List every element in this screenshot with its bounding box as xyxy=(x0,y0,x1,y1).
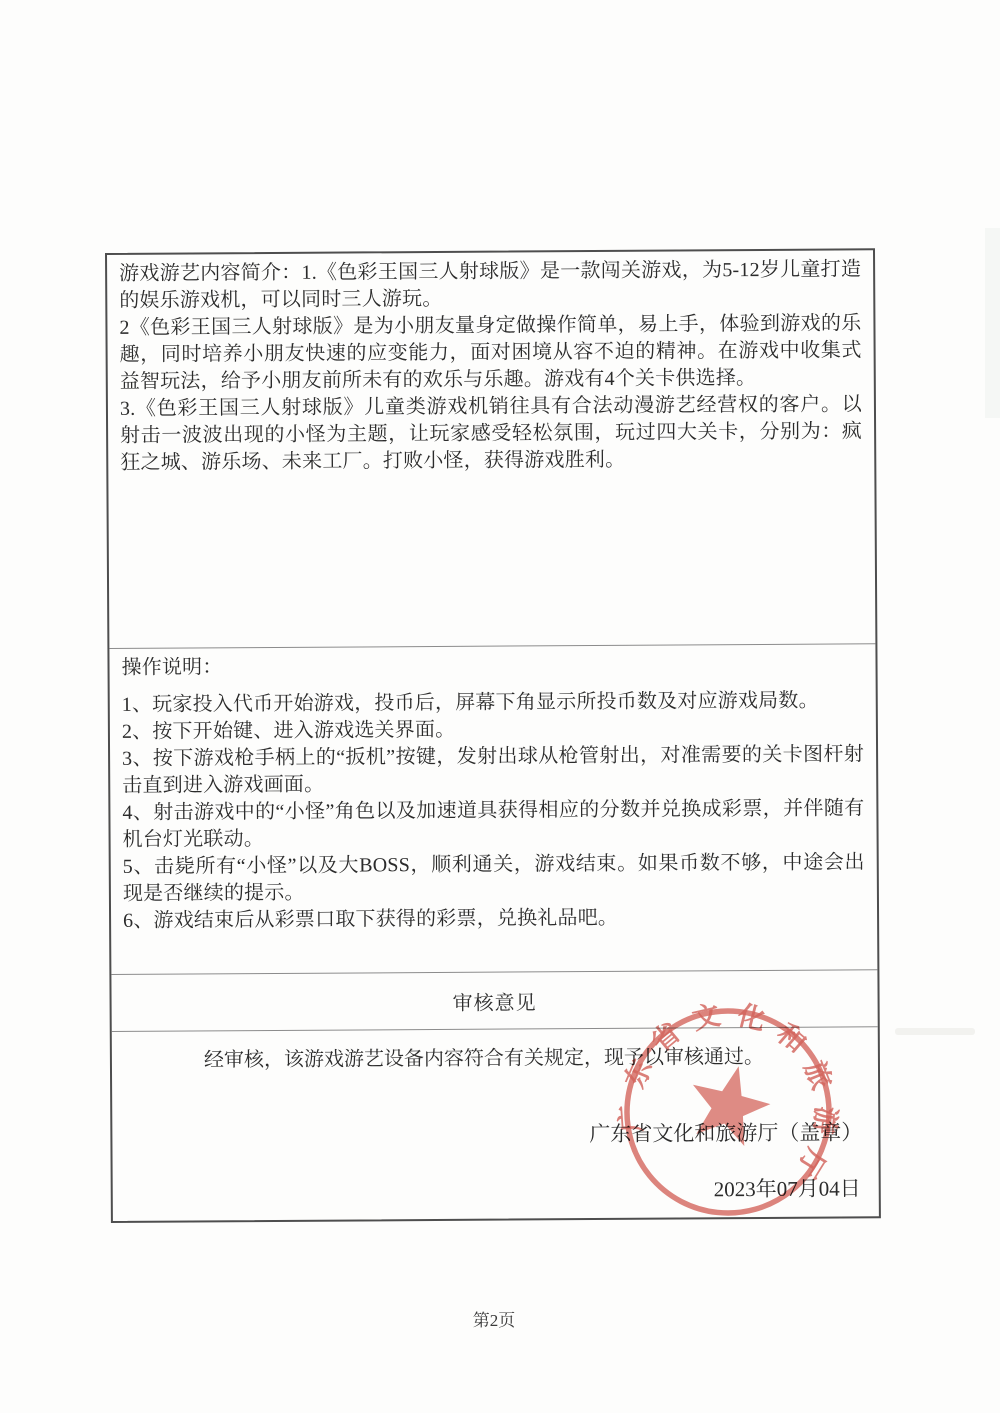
operation-instructions-title: 操作说明： xyxy=(121,650,863,682)
scan-smudge-artifact xyxy=(895,1028,975,1035)
approval-date: 2023年07月04日 xyxy=(714,1175,861,1203)
review-opinion-header-cell: 审核意见 xyxy=(111,969,877,1031)
intro-paragraph-1: 游戏游艺内容简介：1.《色彩王国三人射球版》是一款闯关游戏，为5-12岁儿童打造… xyxy=(119,256,861,315)
operation-step-4: 4、射击游戏中的“小怪”角色以及加速道具获得相应的分数并兑换成彩票，并伴随有机台… xyxy=(122,795,864,854)
review-opinion-title: 审核意见 xyxy=(452,986,536,1016)
scan-edge-artifact xyxy=(985,228,1000,418)
operation-step-3: 3、按下游戏枪手柄上的“扳机”按键，发射出球从枪管射出，对准需要的关卡图杆射击直… xyxy=(122,741,864,800)
game-content-intro-cell: 游戏游艺内容简介：1.《色彩王国三人射球版》是一款闯关游戏，为5-12岁儿童打造… xyxy=(107,250,875,648)
approval-table: 游戏游艺内容简介：1.《色彩王国三人射球版》是一款闯关游戏，为5-12岁儿童打造… xyxy=(105,248,881,1223)
authority-signature: 广东省文化和旅游厅（盖章） xyxy=(589,1119,862,1148)
intro-paragraph-2: 2《色彩王国三人射球版》是为小朋友量身定做操作简单，易上手，体验到游戏的乐趣，同… xyxy=(119,310,861,396)
operation-step-5: 5、击毙所有“小怪”以及大BOSS，顺利通关，游戏结束。如果币数不够，中途会出现… xyxy=(123,849,865,908)
page-number: 第2页 xyxy=(0,1306,988,1331)
scanned-document-page: 游戏游艺内容简介：1.《色彩王国三人射球版》是一款闯关游戏，为5-12岁儿童打造… xyxy=(0,0,1000,1413)
intro-paragraph-3: 3.《色彩王国三人射球版》儿童类游戏机销往具有合法动漫游艺经营权的客户。以射击一… xyxy=(120,391,862,477)
operation-step-1: 1、玩家投入代币开始游戏，投币后，屏幕下角显示所投币数及对应游戏局数。 xyxy=(122,687,864,719)
review-statement: 经审核，该游戏游艺设备内容符合有关规定，现予以审核通过。 xyxy=(124,1043,866,1075)
operation-step-6: 6、游戏结束后从彩票口取下获得的彩票，兑换礼品吧。 xyxy=(123,903,865,935)
operation-instructions-cell: 操作说明： 1、玩家投入代币开始游戏，投币后，屏幕下角显示所投币数及对应游戏局数… xyxy=(109,643,877,974)
review-result-cell: 经审核，该游戏游艺设备内容符合有关规定，现予以审核通过。 广东省文化和旅游厅（盖… xyxy=(112,1026,879,1217)
